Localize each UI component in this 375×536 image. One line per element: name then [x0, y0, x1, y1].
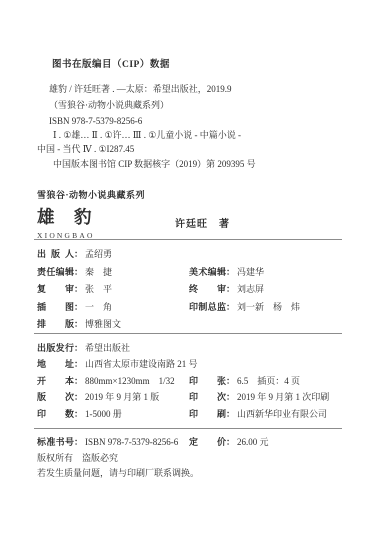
staff-credits-block: 出版人：孟绍勇 责任编辑：秦 捷 美术编辑：冯建华 复审：张 平 终审：刘志屏 …	[37, 246, 345, 334]
final-reviewer-value: 刘志屏	[237, 284, 264, 294]
illustrator-label: 插图	[37, 299, 74, 317]
colon: ：	[226, 284, 235, 294]
copyright-notice: 版权所有 盗版必究	[37, 451, 345, 467]
print-director-value: 刘一新 杨 炜	[237, 302, 300, 312]
final-reviewer-label: 终审	[189, 281, 226, 299]
sheets-cell: 印张：6.5 插页：4 页	[189, 373, 345, 389]
typesetting-value: 博雅图文	[85, 319, 121, 329]
printer-label: 印刷	[189, 406, 226, 422]
sheets-value: 6.5 插页：4 页	[237, 376, 300, 386]
edition-value: 2019 年 9 月第 1 版	[85, 392, 159, 402]
impression-cell: 印次：2019 年 9 月第 1 次印刷	[189, 389, 345, 405]
publisher-person-cell: 出版人：孟绍勇	[37, 246, 189, 264]
colon: ：	[74, 267, 83, 277]
publishing-house-row: 出版发行：希望出版社	[37, 340, 345, 356]
address-cell: 地址：山西省太原市建设南路 21 号	[37, 356, 198, 372]
author-name: 许廷旺 著	[175, 215, 230, 230]
reviewer-label: 复审	[37, 281, 74, 299]
art-editor-label: 美术编辑	[189, 264, 226, 282]
colon: ：	[74, 302, 83, 312]
publisher-person-row: 出版人：孟绍勇	[37, 246, 345, 264]
edition-label: 版次	[37, 389, 74, 405]
edition-impression-row: 版次：2019 年 9 月第 1 版 印次：2019 年 9 月第 1 次印刷	[37, 389, 345, 405]
responsible-editor-label: 责任编辑	[37, 264, 74, 282]
illustration-row: 插图：一 角 印制总监：刘一新 杨 炜	[37, 299, 345, 317]
colon: ：	[74, 343, 83, 353]
printer-value: 山西新华印业有限公司	[237, 409, 327, 419]
colon: ：	[226, 392, 235, 402]
series-title: 雪狼谷·动物小说典藏系列	[37, 188, 343, 201]
price-label: 定价	[189, 435, 226, 451]
impression-label: 印次	[189, 389, 226, 405]
typesetting-label: 排版	[37, 316, 74, 334]
art-editor-cell: 美术编辑：冯建华	[189, 264, 345, 282]
cip-heading: 图书在版编目（CIP）数据	[52, 56, 343, 70]
colon: ：	[226, 302, 235, 312]
colon: ：	[74, 284, 83, 294]
final-reviewer-cell: 终审：刘志屏	[189, 281, 345, 299]
colon: ：	[226, 376, 235, 386]
edition-cell: 版次：2019 年 9 月第 1 版	[37, 389, 189, 405]
publication-info-block: 出版发行：希望出版社 地址：山西省太原市建设南路 21 号 开本：880mm×1…	[37, 340, 345, 422]
quality-notice: 若发生质量问题，请与印刷厂联系调换。	[37, 466, 345, 482]
colon: ：	[74, 376, 83, 386]
publisher-person-label: 出版人	[37, 246, 74, 264]
isbn-value: ISBN 978-7-5379-8256-6	[85, 437, 178, 447]
reviewers-row: 复审：张 平 终审：刘志屏	[37, 281, 345, 299]
cip-classification-line-1: Ⅰ . ①雄… Ⅱ . ①许… Ⅲ . ①儿童小说 - 中篇小说 -	[53, 129, 343, 143]
colon: ：	[74, 392, 83, 402]
publishing-house-value: 希望出版社	[85, 343, 130, 353]
responsible-editor-cell: 责任编辑：秦 捷	[37, 264, 189, 282]
printer-cell: 印刷：山西新华印业有限公司	[189, 406, 345, 422]
cip-record-number: 中国版本图书馆 CIP 数据核字（2019）第 209395 号	[53, 158, 343, 172]
illustrator-value: 一 角	[85, 302, 112, 312]
sheets-label: 印张	[189, 373, 226, 389]
publishing-house-label: 出版发行	[37, 340, 74, 356]
responsible-editor-value: 秦 捷	[85, 267, 112, 277]
editors-row: 责任编辑：秦 捷 美术编辑：冯建华	[37, 264, 345, 282]
colon: ：	[226, 267, 235, 277]
title-block: 雪狼谷·动物小说典藏系列 雄 豹 XIONGBAO 许廷旺 著	[37, 188, 343, 240]
cip-classification-line-2: 中国 - 当代 Ⅳ . ①I287.45	[37, 143, 343, 157]
divider-top	[34, 239, 342, 240]
print-run-value: 1-5000 册	[85, 409, 122, 419]
cip-entry-line-1: 雄豹 / 许廷旺著 . —太原：希望出版社，2019.9	[49, 81, 343, 97]
address-label: 地址	[37, 356, 74, 372]
cip-entry-line-2: （雪狼谷·动物小说典藏系列）	[49, 97, 343, 113]
colon: ：	[74, 249, 83, 259]
divider-middle	[34, 333, 342, 334]
impression-value: 2019 年 9 月第 1 次印刷	[237, 392, 329, 402]
price-cell: 定价：26.00 元	[189, 435, 345, 451]
art-editor-value: 冯建华	[237, 267, 264, 277]
print-run-cell: 印数：1-5000 册	[37, 406, 189, 422]
colon: ：	[74, 437, 83, 447]
reviewer-cell: 复审：张 平	[37, 281, 189, 299]
isbn-price-block: 标准书号：ISBN 978-7-5379-8256-6 定价：26.00 元 版…	[37, 435, 345, 482]
isbn-price-row: 标准书号：ISBN 978-7-5379-8256-6 定价：26.00 元	[37, 435, 345, 451]
reviewer-value: 张 平	[85, 284, 112, 294]
divider-bottom	[34, 428, 342, 429]
typesetting-row: 排版：博雅图文	[37, 316, 345, 334]
cip-entry-line-3: ISBN 978-7-5379-8256-6	[49, 113, 343, 129]
publishing-house-cell: 出版发行：希望出版社	[37, 340, 189, 356]
colophon-page: 图书在版编目（CIP）数据 雄豹 / 许廷旺著 . —太原：希望出版社，2019…	[0, 0, 375, 536]
print-director-cell: 印制总监：刘一新 杨 炜	[189, 299, 345, 317]
printrun-printer-row: 印数：1-5000 册 印刷：山西新华印业有限公司	[37, 406, 345, 422]
colon: ：	[74, 409, 83, 419]
address-value: 山西省太原市建设南路 21 号	[85, 359, 198, 369]
format-value: 880mm×1230mm 1/32	[85, 376, 175, 386]
colon: ：	[74, 359, 83, 369]
isbn-label: 标准书号	[37, 435, 74, 451]
colon: ：	[226, 409, 235, 419]
colon: ：	[74, 319, 83, 329]
print-director-label: 印制总监	[189, 299, 226, 317]
format-sheets-row: 开本：880mm×1230mm 1/32 印张：6.5 插页：4 页	[37, 373, 345, 389]
typesetting-cell: 排版：博雅图文	[37, 316, 189, 334]
format-label: 开本	[37, 373, 74, 389]
format-cell: 开本：880mm×1230mm 1/32	[37, 373, 189, 389]
colon: ：	[226, 437, 235, 447]
address-row: 地址：山西省太原市建设南路 21 号	[37, 356, 345, 372]
publisher-person-value: 孟绍勇	[85, 249, 112, 259]
print-run-label: 印数	[37, 406, 74, 422]
isbn-cell: 标准书号：ISBN 978-7-5379-8256-6	[37, 435, 189, 451]
cip-data-block: 图书在版编目（CIP）数据 雄豹 / 许廷旺著 . —太原：希望出版社，2019…	[37, 56, 343, 172]
illustrator-cell: 插图：一 角	[37, 299, 189, 317]
price-value: 26.00 元	[237, 437, 269, 447]
